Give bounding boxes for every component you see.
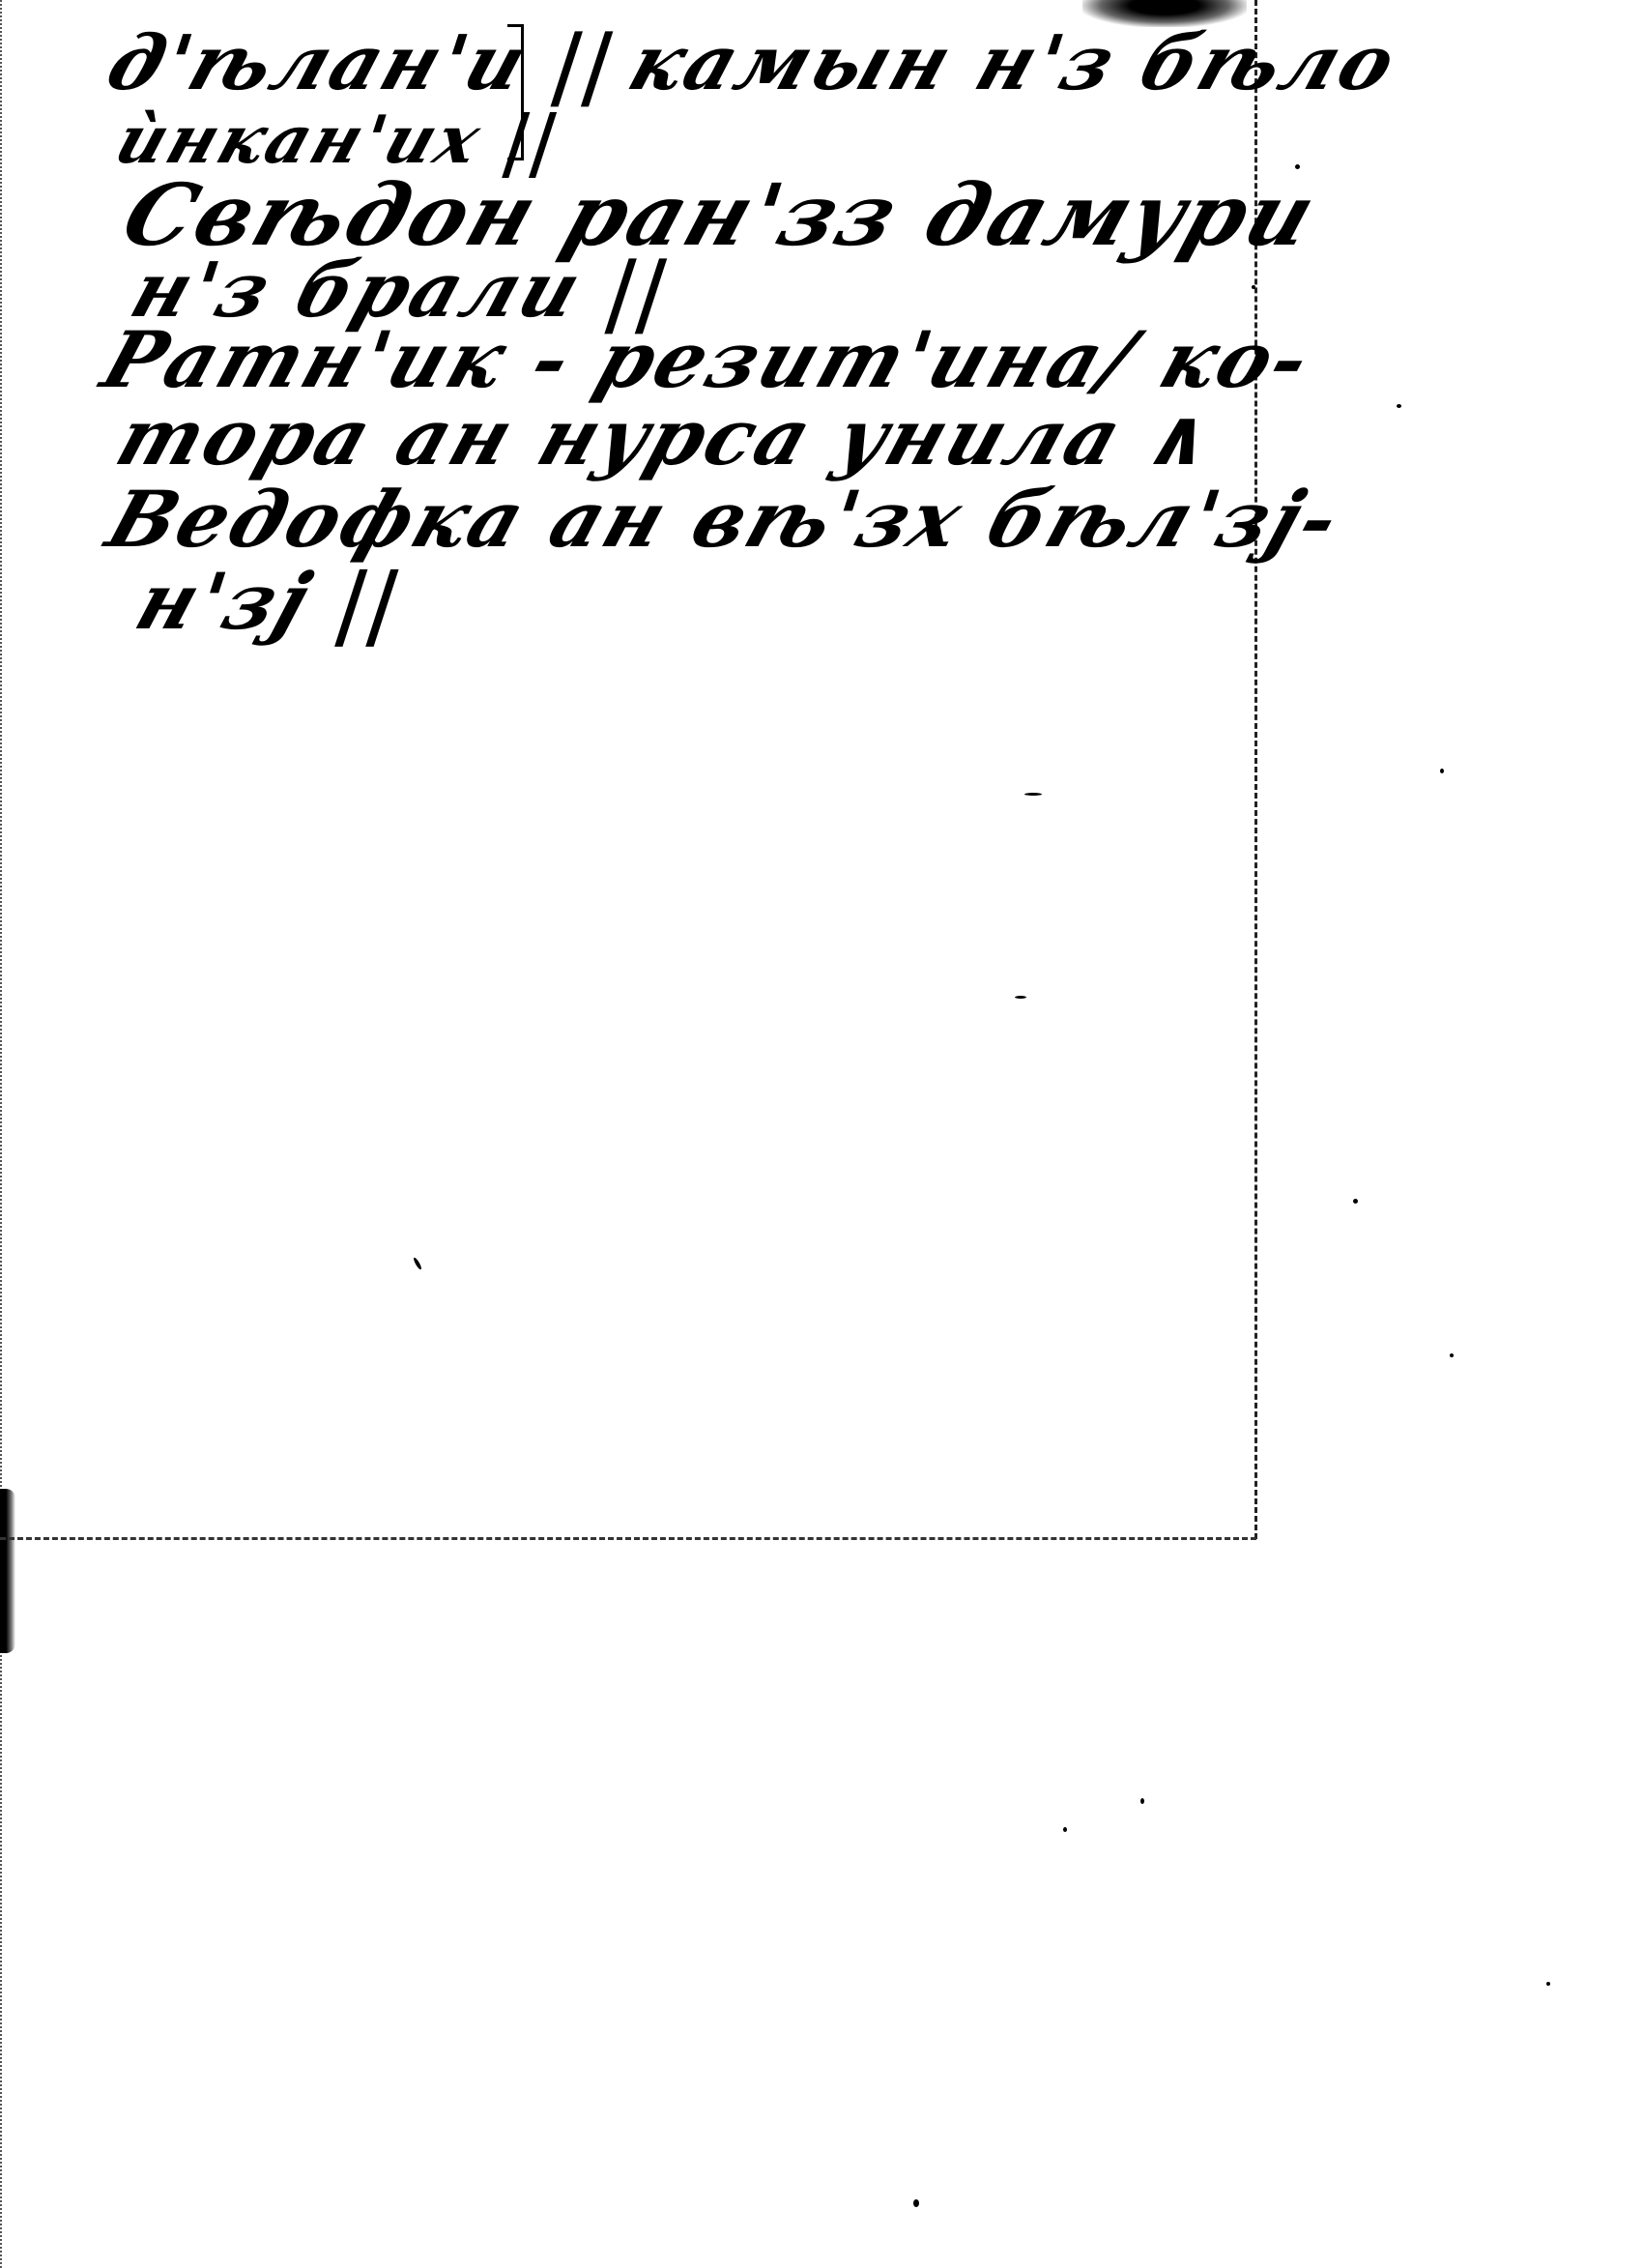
page-border-bottom — [0, 1537, 1256, 1540]
scan-speck — [413, 1257, 422, 1270]
scan-speck — [1546, 1982, 1550, 1986]
scan-speck — [1397, 404, 1401, 408]
scan-speck — [1440, 769, 1444, 773]
ink-smudge-left — [0, 1489, 15, 1653]
scan-speck — [1450, 1353, 1454, 1357]
scan-speck — [1024, 793, 1042, 796]
handwriting-line-1b: камын н'з бѣло — [619, 19, 1408, 107]
scan-speck — [1063, 1827, 1067, 1832]
page-left-edge — [0, 0, 4, 2268]
scan-speck — [1252, 285, 1255, 289]
handwriting-line-7: Ведофка ан вѣ'зх бѣл'зј- — [97, 474, 1353, 565]
handwriting-line-6: тора ан нурса унила ∧ — [106, 392, 1230, 482]
scan-speck — [1140, 1798, 1144, 1804]
scan-speck — [1015, 996, 1026, 999]
handwriting-line-1a: д'ѣлан'и || — [97, 19, 630, 107]
scanned-page: д'ѣлан'и || камын н'з бѣло ѝнкан'их || С… — [0, 0, 1643, 2268]
scan-speck — [913, 2199, 919, 2207]
handwriting-line-8: н'зј || — [126, 556, 416, 647]
scan-speck — [1295, 164, 1300, 169]
scan-speck — [1353, 1199, 1358, 1204]
